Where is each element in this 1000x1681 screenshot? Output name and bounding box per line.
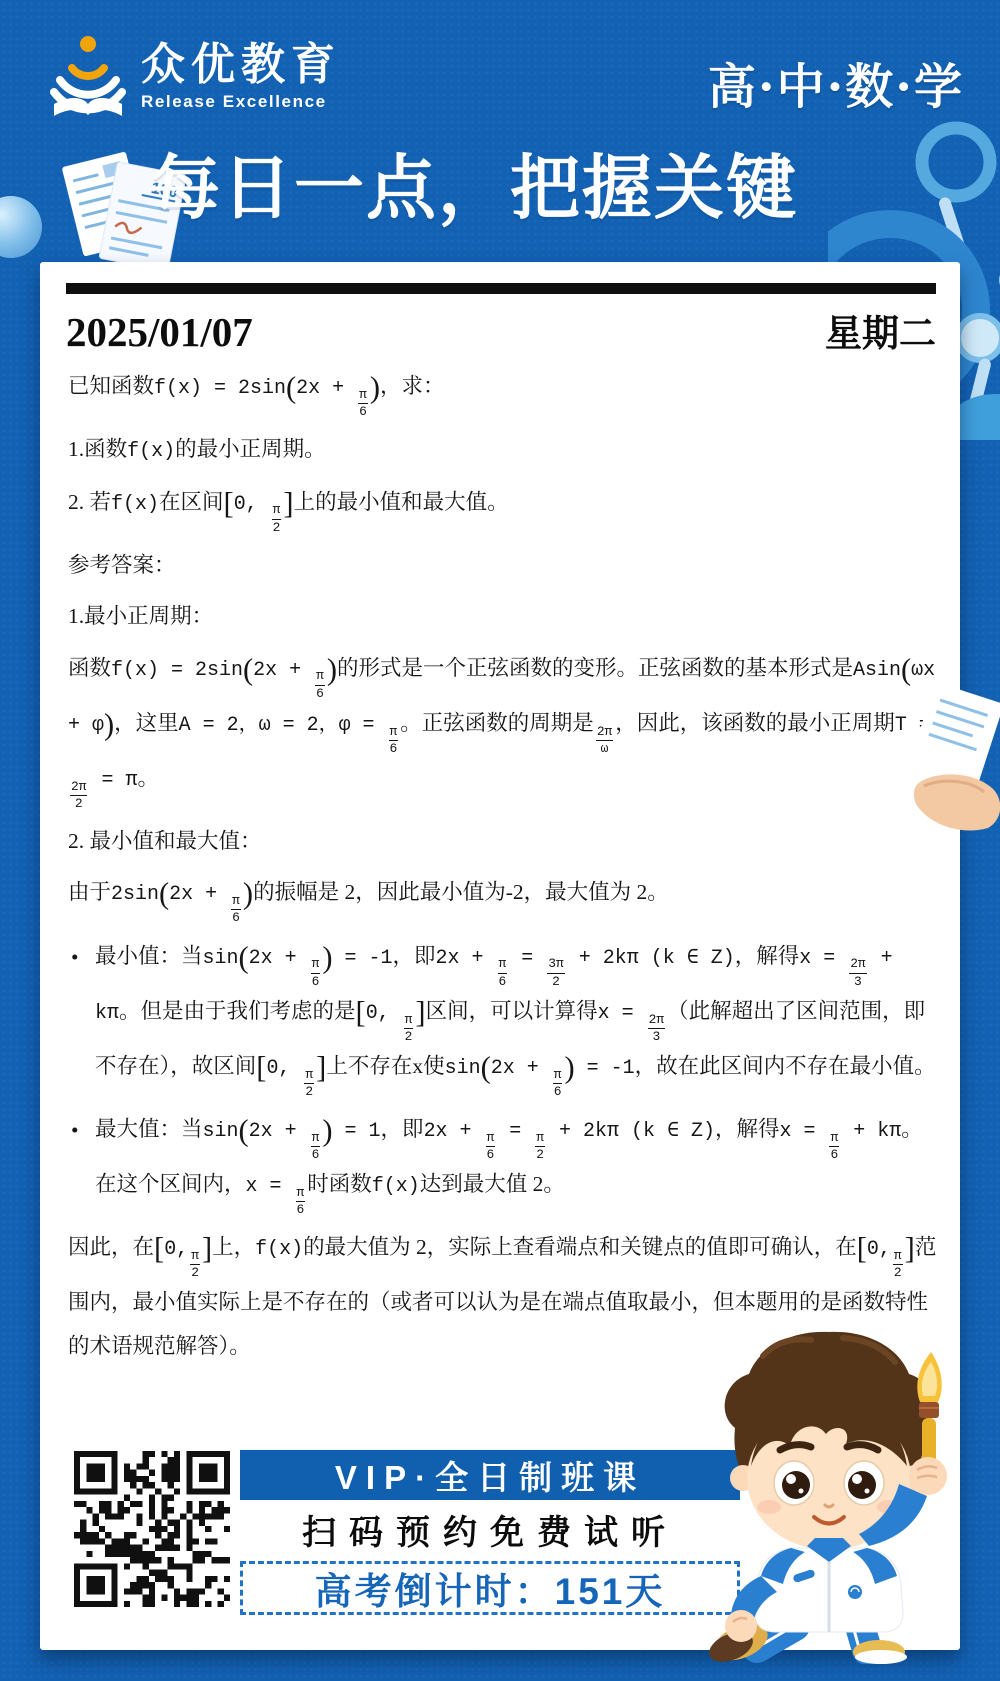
bullet-paragraph: •最小值：当sin(2x + π6) = -1，即2x + π6 = 3π2 +…	[68, 935, 940, 1100]
brand-logo: 众优教育 Release Excellence	[50, 34, 341, 120]
paragraph: 参考答案：	[68, 544, 940, 587]
brand-tagline: Release Excellence	[141, 92, 341, 112]
subject-badge: 高·中·数·学	[708, 48, 964, 117]
vip-banner: VIP·全日制班课	[240, 1450, 740, 1500]
bullet-paragraph: •最大值：当sin(2x + π6) = 1，即2x + π6 = π2 + 2…	[68, 1108, 940, 1218]
date-label: 2025/01/07	[66, 308, 253, 356]
weekday-label: 星期二	[825, 303, 936, 357]
brand-name: 众优教育	[141, 42, 341, 88]
hand-papers-decoration	[890, 686, 1000, 836]
poster: 100 众优教育 Release Ex	[0, 0, 1000, 1681]
paragraph: 2. 最小值和最大值：	[68, 820, 940, 863]
student-mascot-illustration	[693, 1326, 965, 1664]
book-reader-logo-icon	[50, 34, 126, 120]
paragraph: 由于2sin(2x + π6)的振幅是 2，因此最小值为-2，最大值为 2。	[68, 871, 940, 926]
poster-headline: 每日一点，把握关键	[150, 132, 798, 233]
sphere-decoration	[0, 196, 42, 258]
date-row: 2025/01/07 星期二	[66, 303, 936, 357]
paragraph: 已知函数f(x) = 2sin(2x + π6)，求：	[68, 365, 940, 420]
countdown-badge: 高考倒计时：151天	[240, 1561, 740, 1615]
divider-bar	[66, 283, 936, 294]
paragraph: 函数f(x) = 2sin(2x + π6)的形式是一个正弦函数的变形。正弦函数…	[68, 647, 940, 812]
paragraph: 1.最小正周期：	[68, 595, 940, 638]
paragraph: 2. 若f(x)在区间[0, π2]上的最小值和最大值。	[68, 481, 940, 536]
qr-code	[74, 1451, 230, 1607]
bullet-dot: •	[71, 1109, 79, 1152]
answer-body: 已知函数f(x) = 2sin(2x + π6)，求：1.函数f(x)的最小正周…	[68, 365, 940, 1368]
paragraph: 1.函数f(x)的最小正周期。	[68, 428, 940, 472]
bullet-dot: •	[71, 936, 79, 979]
scan-cta: 扫码预约免费试听	[240, 1505, 740, 1554]
footer-promo: VIP·全日制班课 扫码预约免费试听 高考倒计时：151天	[240, 1450, 740, 1615]
